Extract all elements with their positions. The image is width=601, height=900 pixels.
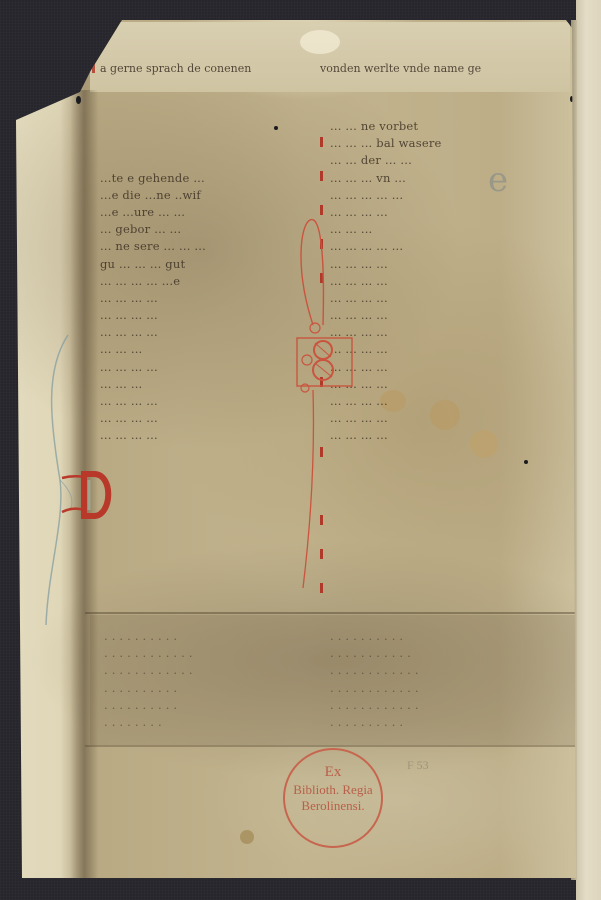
text-line: . . . . . . . . . . . <box>330 645 530 662</box>
text-line: ...e ...ure ... ... <box>100 204 285 221</box>
paragraph-mark <box>320 171 323 181</box>
text-line: . . . . . . . . . . . . <box>104 662 294 679</box>
stamp-line: Berolinensi. <box>285 798 381 814</box>
text-line: ... ... ... ... ...e <box>100 273 285 290</box>
text-line: ... gebor ... ... <box>100 221 285 238</box>
text-line: . . . . . . . . . . . . <box>330 697 530 714</box>
text-line: . . . . . . . . . . . . <box>104 645 294 662</box>
adjacent-page-edge <box>576 0 601 900</box>
text-line: ... ... ... ... <box>100 290 285 307</box>
text-line <box>100 152 285 169</box>
text-line: ...te e gehende ... <box>100 170 285 187</box>
faded-text-lower-right: . . . . . . . . . . . . . . . . . . . . … <box>330 628 530 731</box>
fold-line <box>85 612 575 614</box>
running-head-left: a gerne sprach de conenen <box>92 62 251 75</box>
text-line: ... ... ... ... <box>100 410 285 427</box>
wormhole <box>76 96 81 104</box>
stamp-line: Biblioth. Regia <box>285 782 381 798</box>
stamp-line: Ex <box>285 764 381 780</box>
text-line: gu ... ... ... gut <box>100 256 285 273</box>
initial-b-icon <box>285 210 360 590</box>
paragraph-mark <box>320 137 323 147</box>
text-line <box>100 118 285 135</box>
text-line: ... ... ... ... <box>100 307 285 324</box>
text-line: ... ... ... ... <box>100 393 285 410</box>
manuscript-leaf: a gerne sprach de conenen vonden werlte … <box>0 0 601 900</box>
text-line: ... ... ne vorbet <box>330 118 520 135</box>
fold-line <box>85 745 575 747</box>
text-line: . . . . . . . . . . <box>330 628 530 645</box>
initial-d-icon <box>60 470 116 520</box>
text-line: . . . . . . . . . . <box>104 628 294 645</box>
pencil-shelfmark: F 53 <box>407 758 429 773</box>
text-line: ... ... ... <box>100 376 285 393</box>
faded-text-lower-left: . . . . . . . . . . . . . . . . . . . . … <box>104 628 294 731</box>
text-line: ... ... ... ... <box>100 427 285 444</box>
text-line: ...e die ...ne ..wif <box>100 187 285 204</box>
text-line: . . . . . . . . <box>104 714 294 731</box>
text-line: . . . . . . . . . . . . <box>330 662 530 679</box>
text-column-left: ...te e gehende ... ...e die ...ne ..wif… <box>100 118 285 445</box>
text-line: ... ... ... ... <box>100 359 285 376</box>
faint-blue-initial: e <box>488 160 508 200</box>
text-line: . . . . . . . . . . <box>104 680 294 697</box>
light-spot <box>300 30 340 54</box>
library-stamp: Ex Biblioth. Regia Berolinensi. <box>283 748 383 848</box>
text-line: ... ne sere ... ... ... <box>100 238 285 255</box>
wormhole <box>274 126 278 130</box>
running-head-right: vonden werlte vnde name ge <box>320 62 481 75</box>
text-line: ... ... ... ... <box>100 324 285 341</box>
text-line: ... ... ... <box>100 341 285 358</box>
text-line: ... ... ... bal wasere <box>330 135 520 152</box>
text-line: . . . . . . . . . . <box>330 714 530 731</box>
text-line: . . . . . . . . . . . . <box>330 680 530 697</box>
wormhole <box>524 460 528 464</box>
stain <box>240 830 254 844</box>
text-line <box>100 135 285 152</box>
text-line: . . . . . . . . . . <box>104 697 294 714</box>
